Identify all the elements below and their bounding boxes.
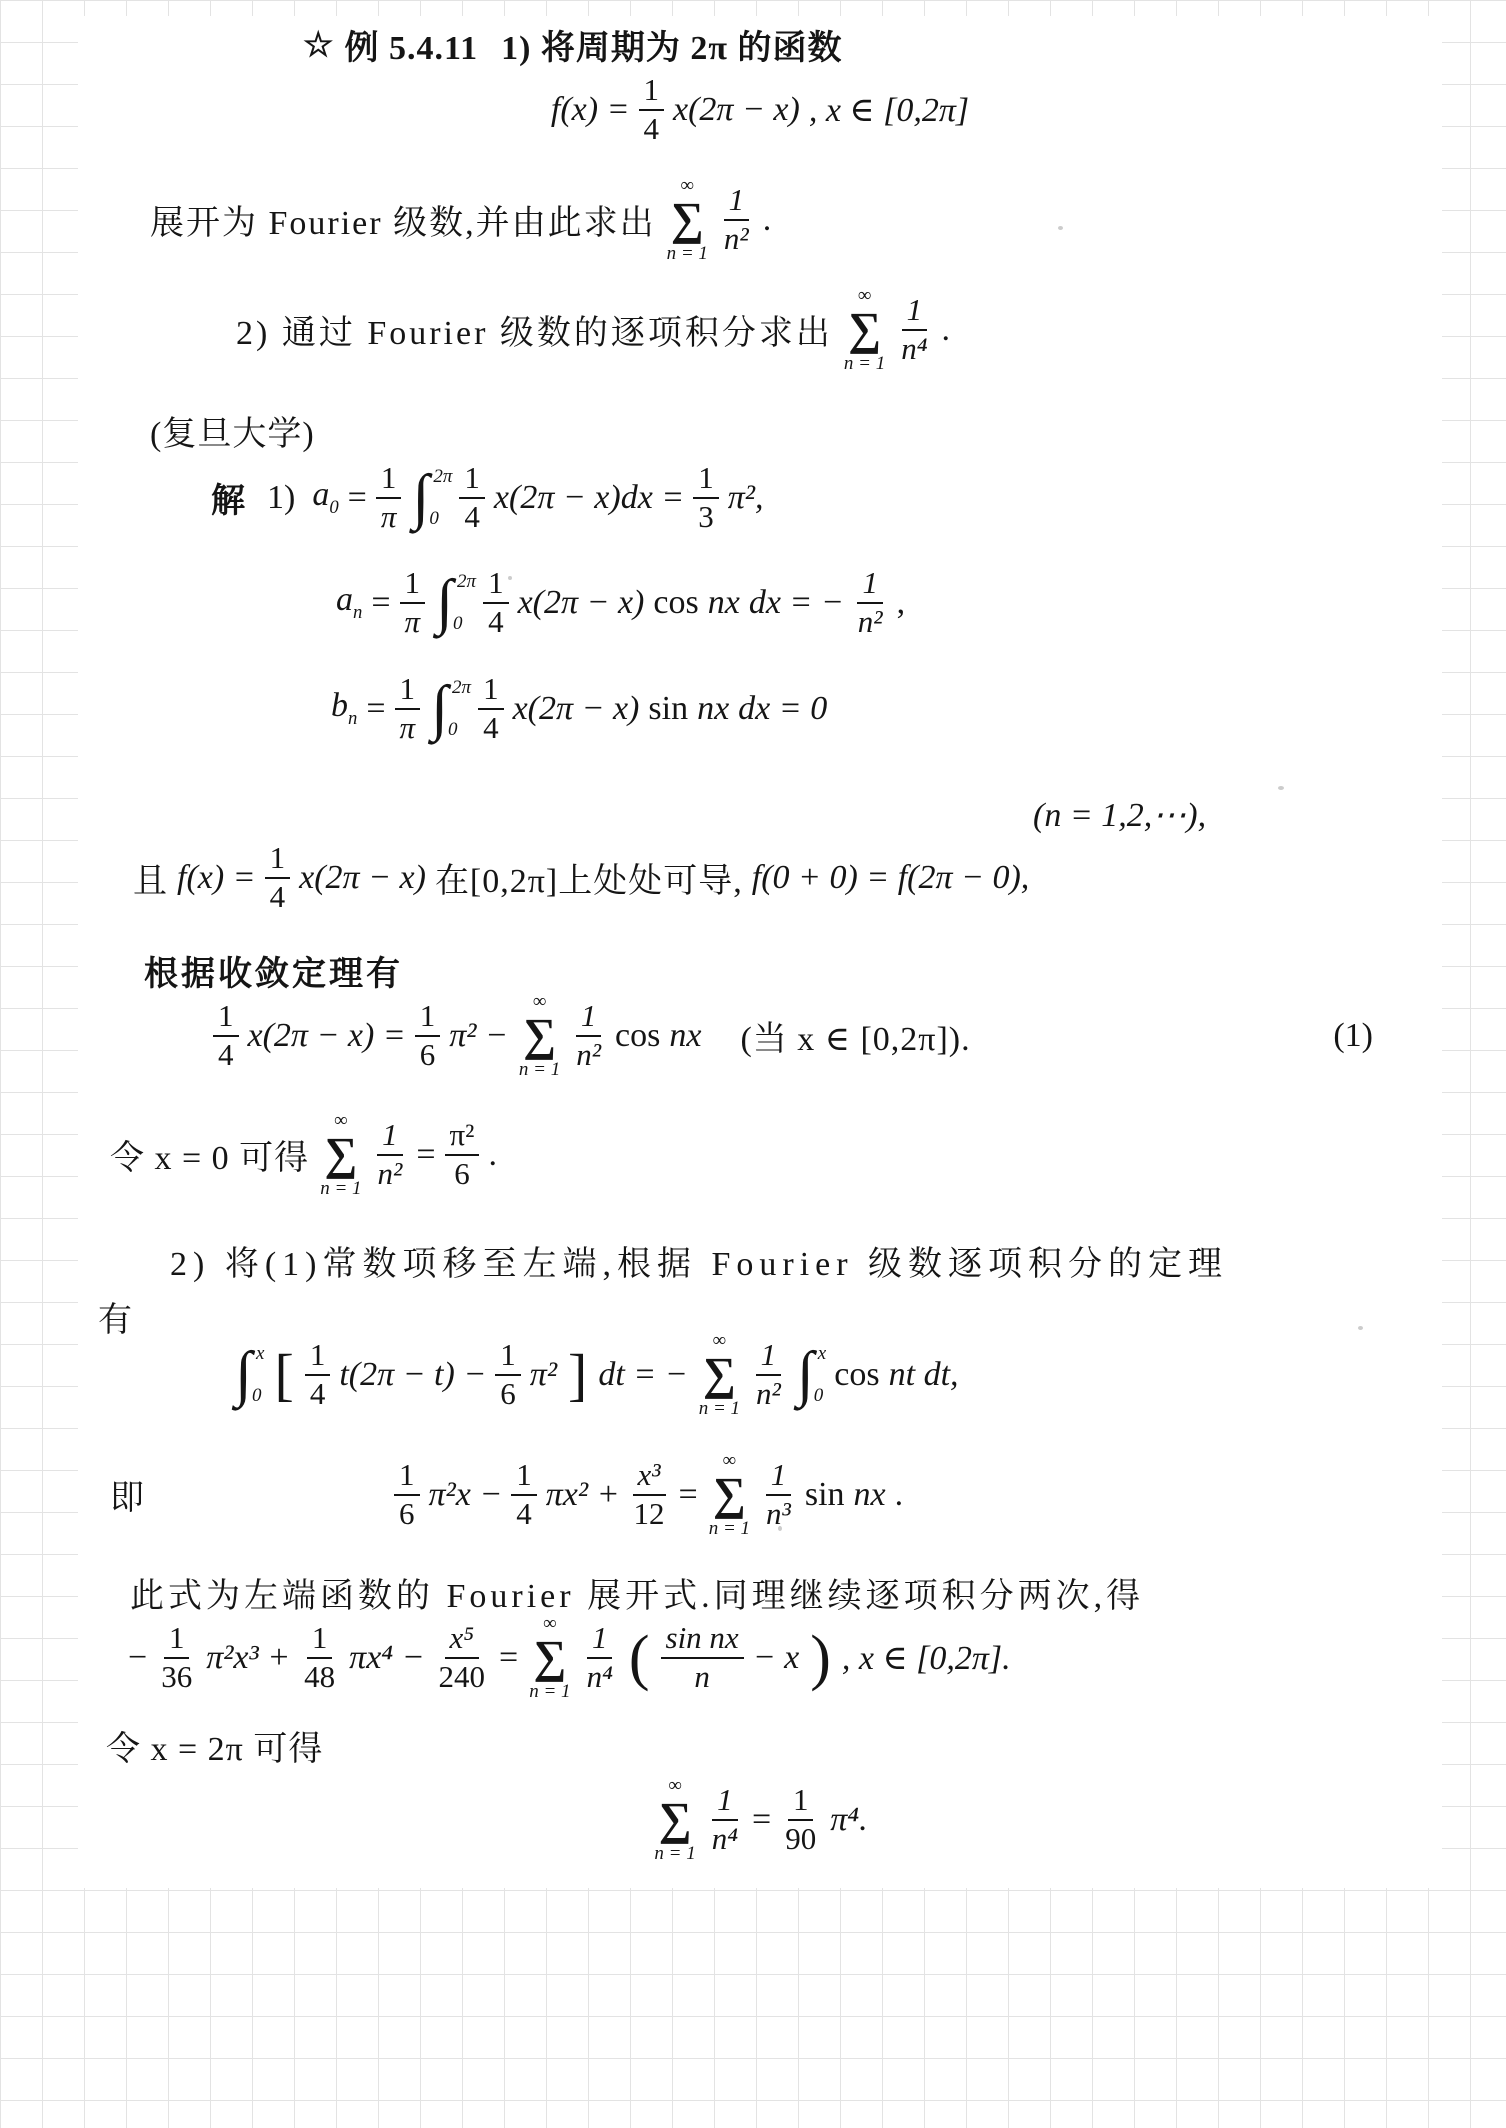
scan-speck	[1278, 786, 1284, 790]
sin-function: sin	[648, 690, 688, 728]
solution-label: 解	[211, 473, 246, 522]
integral-0-x: ∫x0	[235, 1342, 261, 1408]
summation: ∞∑n = 1	[667, 176, 708, 263]
lhs: x(2π − x) =	[248, 1017, 406, 1055]
fraction-1-4: 14	[511, 1457, 537, 1532]
argument: nx	[854, 1476, 886, 1514]
part2-explanation: 2) 将(1)常数项移至左端,根据 Fourier 级数逐项积分的定理	[170, 1236, 1228, 1285]
n-range-note: (n = 1,2,⋯),	[1033, 795, 1206, 835]
condition: (当 x ∈ [0,2π]).	[740, 1011, 970, 1060]
summation: ∞∑n = 1	[709, 1451, 750, 1538]
integral-0-2pi: ∫2π0	[431, 676, 467, 742]
expression: x(2π − x)	[299, 859, 426, 897]
cos-function: cos	[653, 584, 698, 622]
cos-function: cos	[615, 1017, 660, 1055]
task2-line: 2) 通过 Fourier 级数的逐项积分求出 ∞∑n = 1 1n⁴ .	[236, 286, 950, 373]
fraction-1-n4: 1n⁴	[707, 1782, 743, 1857]
function-definition-equation: f(x) = 14 x(2π − x) , x ∈ [0,2π]	[78, 72, 1442, 147]
fraction-1-48: 148	[299, 1620, 340, 1695]
period: .	[763, 201, 772, 239]
pix2-plus: πx² +	[546, 1476, 620, 1514]
continue-integration-line: 此式为左端函数的 Fourier 展开式.同理继续逐项积分两次,得	[130, 1568, 1144, 1617]
integral-0-2pi: ∫2π0	[436, 570, 472, 636]
convergence-theorem-line: 根据收敛定理有	[144, 946, 403, 995]
part2-text: 2) 将(1)常数项移至左端,根据 Fourier 级数逐项积分的定理	[170, 1236, 1228, 1285]
t-expression: t(2π − t) −	[339, 1356, 486, 1394]
integration-equation: ∫x0 [ 14 t(2π − t) − 16 π² ] dt = − ∞∑n …	[233, 1331, 959, 1418]
expression: x(2π − x)	[673, 91, 800, 129]
fraction-1-6: 16	[495, 1337, 521, 1412]
right-bracket: ]	[568, 1346, 587, 1404]
fraction-1-n4: 1n⁴	[896, 292, 932, 367]
a0-equation: 解 1) a0 = 1π ∫2π0 14 x(2π − x)dx = 13 π²…	[211, 460, 763, 535]
fraction-1-4: 14	[478, 671, 504, 746]
pi4-result: π⁴.	[830, 1801, 867, 1839]
domain: , x ∈ [0,2π].	[842, 1638, 1011, 1678]
lhs: f(x) =	[551, 91, 630, 129]
period: .	[895, 1476, 904, 1514]
task1-line: 展开为 Fourier 级数,并由此求出 ∞∑n = 1 1n² .	[150, 176, 771, 263]
source-text: (复旦大学)	[150, 406, 315, 455]
that-is-word: 即	[110, 1470, 145, 1519]
pi2x3-plus: π²x³ +	[206, 1639, 290, 1677]
fraction-1-n4: 1n⁴	[582, 1620, 618, 1695]
integrand: x(2π − x)	[518, 584, 645, 622]
twice-integrated-equation: − 136 π²x³ + 148 πx⁴ − x⁵240 = ∞∑n = 1 1…	[128, 1614, 1011, 1701]
an-equation: an = 1π ∫2π0 14 x(2π − x) cos nx dx = − …	[336, 565, 905, 640]
scan-speck	[1358, 1326, 1363, 1330]
coefficient-bn: bn	[331, 687, 357, 730]
bn-equation: bn = 1π ∫2π0 14 x(2π − x) sin nx dx = 0	[331, 671, 827, 746]
scanned-textbook-page: ☆例 5.4.11 1) 将周期为 2π 的函数 f(x) = 14 x(2π …	[0, 0, 1506, 2128]
pi2x-minus: π²x −	[429, 1476, 503, 1514]
fraction-1-n2: 1n²	[853, 565, 888, 640]
left-bracket: [	[274, 1346, 293, 1404]
cos-function: cos	[834, 1356, 879, 1394]
integral-0-2pi: ∫2π0	[412, 465, 448, 531]
fraction-1-n2: 1n²	[751, 1337, 786, 1412]
equals: =	[366, 690, 385, 728]
fraction-sinnx-n: sin nxn	[661, 1620, 744, 1695]
summation: ∞∑n = 1	[320, 1111, 361, 1198]
fraction-1-36: 136	[156, 1620, 197, 1695]
fraction-1-90: 190	[780, 1782, 821, 1857]
integrand: x(2π − x)	[513, 690, 640, 728]
fraction-1-n3: 1n³	[761, 1457, 796, 1532]
equation-number: (1)	[1333, 1017, 1373, 1055]
coefficient-an: an	[336, 581, 362, 624]
fraction-1-4: 14	[639, 72, 665, 147]
summation: ∞∑n = 1	[529, 1614, 570, 1701]
integrand: x(2π − x)dx =	[494, 479, 684, 517]
fraction-x5-240: x⁵240	[434, 1620, 491, 1695]
argument: nx	[669, 1017, 701, 1055]
domain: , x ∈ [0,2π]	[809, 90, 969, 130]
fraction-1-6: 16	[394, 1457, 420, 1532]
differentiability-line: 且 f(x) = 14 x(2π − x) 在[0,2π]上处处可导, f(0 …	[133, 840, 1029, 915]
fraction-1-4: 14	[483, 565, 509, 640]
fraction-1-n2: 1n²	[373, 1117, 408, 1192]
dx-equals-zero: dx = 0	[738, 690, 827, 728]
dt-equals-minus: dt = −	[598, 1356, 687, 1394]
fraction-x3-12: x³12	[629, 1457, 670, 1532]
argument: nx	[708, 584, 740, 622]
star-icon: ☆	[303, 25, 335, 65]
period: .	[488, 1136, 497, 1174]
equals: =	[499, 1639, 518, 1677]
item-number: 1)	[267, 479, 295, 517]
fraction-1-n2: 1n²	[719, 182, 754, 257]
task2-text: 2) 通过 Fourier 级数的逐项积分求出	[236, 305, 833, 354]
fraction-1-pi: 1π	[395, 671, 421, 746]
problem-part1: 1) 将周期为 2π 的函数	[501, 20, 842, 69]
equation-1: 14 x(2π − x) = 16 π² − ∞∑n = 1 1n² cos n…	[213, 992, 1373, 1079]
minus-sign: −	[128, 1639, 147, 1677]
pi-squared: π²	[530, 1356, 557, 1394]
comma: ,	[897, 584, 906, 622]
fraction-1-pi: 1π	[400, 565, 426, 640]
boundary-equality: f(0 + 0) = f(2π − 0),	[752, 859, 1030, 897]
fraction-1-6: 16	[415, 998, 441, 1073]
equals: =	[679, 1476, 698, 1514]
let-x-2pi-line: 令 x = 2π 可得	[106, 1721, 323, 1770]
scan-speck	[508, 576, 512, 580]
left-paren: (	[629, 1627, 650, 1689]
continue-text: 此式为左端函数的 Fourier 展开式.同理继续逐项积分两次,得	[130, 1568, 1144, 1617]
task1-text: 展开为 Fourier 级数,并由此求出	[150, 195, 656, 244]
summation: ∞∑n = 1	[699, 1331, 740, 1418]
equals: =	[348, 479, 367, 517]
coefficient-a0: a0	[312, 476, 338, 519]
let-x-2pi-text: 令 x = 2π 可得	[106, 1721, 323, 1770]
lhs: f(x) =	[177, 859, 256, 897]
scanned-page: ☆例 5.4.11 1) 将周期为 2π 的函数 f(x) = 14 x(2π …	[78, 16, 1442, 1888]
dx-equals: dx = −	[749, 584, 844, 622]
source-university: (复旦大学)	[150, 406, 315, 455]
fraction-1-pi: 1π	[376, 460, 402, 535]
example-title: ☆例 5.4.11 1) 将周期为 2π 的函数	[303, 20, 843, 69]
fraction-1-4: 14	[213, 998, 239, 1073]
final-result-equation: ∞∑n = 1 1n⁴ = 190 π⁴.	[78, 1776, 1442, 1863]
that-is-equation: 即 16 π²x − 14 πx² + x³12 = ∞∑n = 1 1n³ s…	[110, 1451, 903, 1538]
fraction-1-3: 13	[693, 460, 719, 535]
n-range-text: (n = 1,2,⋯),	[1033, 795, 1206, 835]
scan-speck	[1058, 226, 1063, 230]
equals: =	[752, 1801, 771, 1839]
example-number: 例 5.4.11	[344, 20, 478, 69]
let-text: 令 x = 0 可得	[110, 1130, 309, 1179]
fraction-1-4: 14	[265, 840, 291, 915]
fraction-1-4: 14	[459, 460, 485, 535]
period: .	[942, 311, 951, 349]
let-x-zero-line: 令 x = 0 可得 ∞∑n = 1 1n² = π²6 .	[110, 1111, 497, 1198]
summation: ∞∑n = 1	[844, 286, 885, 373]
result: π²,	[728, 479, 764, 517]
sin-function: sin	[805, 1476, 845, 1514]
pix4-minus: πx⁴ −	[349, 1639, 424, 1677]
differentiable-text: 在[0,2π]上处处可导,	[435, 853, 743, 902]
integral-0-x: ∫x0	[797, 1342, 823, 1408]
minus-x: − x	[753, 1639, 800, 1677]
and-word: 且	[133, 853, 168, 902]
fraction-pi2-6: π²6	[445, 1117, 480, 1192]
convergence-text: 根据收敛定理有	[144, 946, 403, 995]
right-paren: )	[810, 1627, 831, 1689]
equals: =	[371, 584, 390, 622]
fraction-1-n2: 1n²	[571, 998, 606, 1073]
fraction-1-4: 14	[305, 1337, 331, 1412]
argument: nx	[697, 690, 729, 728]
equals: =	[416, 1136, 435, 1174]
pi-squared-minus: π² −	[449, 1017, 508, 1055]
summation: ∞∑n = 1	[654, 1776, 695, 1863]
summation: ∞∑n = 1	[519, 992, 560, 1079]
scan-speck	[778, 1526, 782, 1531]
nt-dt: nt dt,	[889, 1356, 959, 1394]
have-word-line: 有	[98, 1292, 133, 1341]
have-word: 有	[98, 1292, 133, 1341]
